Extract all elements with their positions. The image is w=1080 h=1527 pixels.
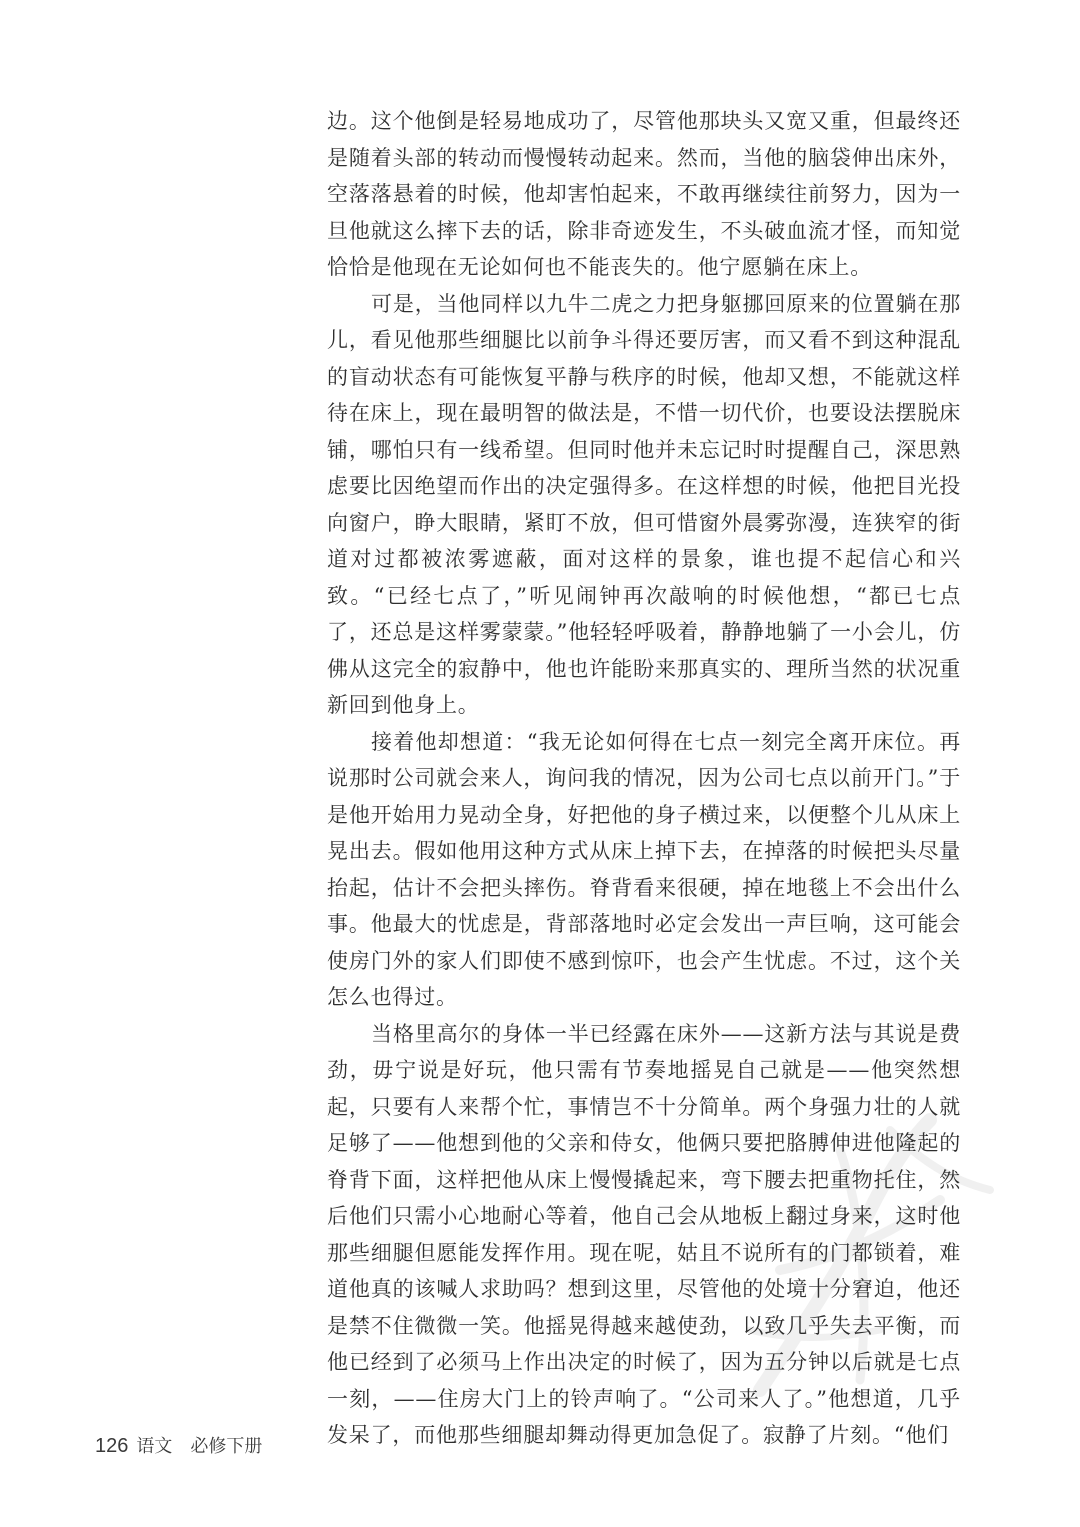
- subject-label: 语文: [136, 1432, 172, 1458]
- paragraph: 可是，当他同样以九牛二虎之力把身躯挪回原来的位置躺在那儿，看见他那些细腿比以前争…: [327, 286, 961, 724]
- paragraph: 接着他却想道：“我无论如何得在七点一刻完全离开床位。再说那时公司就会来人，询问我…: [327, 724, 961, 1016]
- paragraph: 当格里高尔的身体一半已经露在床外——这新方法与其说是费劲，毋宁说是好玩，他只需有…: [327, 1016, 961, 1454]
- volume-label: 必修下册: [190, 1432, 262, 1458]
- body-text: 边。这个他倒是轻易地成功了，尽管他那块头又宽又重，但最终还是随着头部的转动而慢慢…: [327, 103, 961, 1454]
- paragraph: 边。这个他倒是轻易地成功了，尽管他那块头又宽又重，但最终还是随着头部的转动而慢慢…: [327, 103, 961, 286]
- textbook-page: 边。这个他倒是轻易地成功了，尽管他那块头又宽又重，但最终还是随着头部的转动而慢慢…: [0, 0, 1080, 1527]
- page-footer: 126 语文 必修下册: [95, 1432, 262, 1458]
- page-number: 126: [95, 1435, 128, 1458]
